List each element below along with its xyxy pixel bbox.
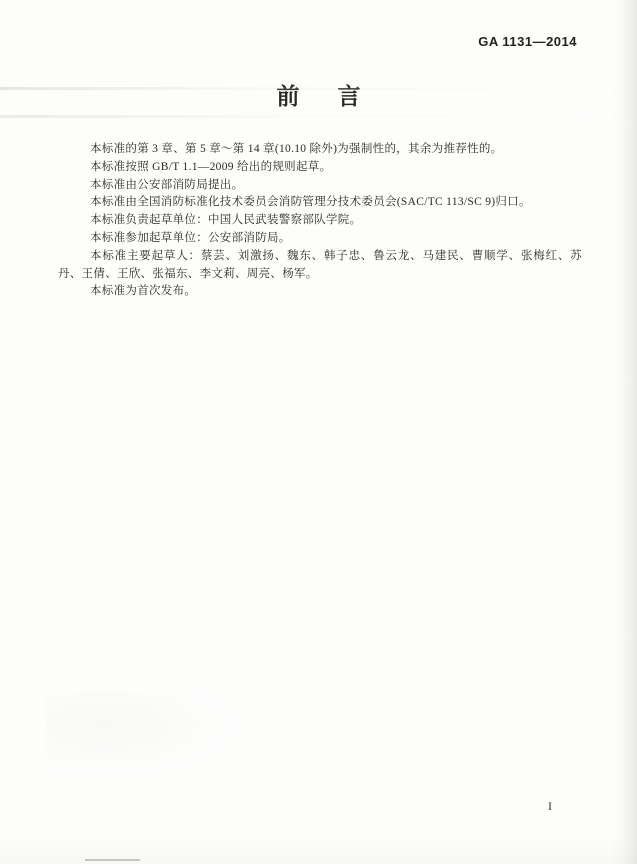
foreword-body: 本标准的第 3 章、第 5 章～第 14 章(10.10 除外)为强制性的，其余… xyxy=(58,141,582,301)
scan-bleed-artifact xyxy=(45,690,245,780)
scan-streak-artifact xyxy=(0,115,637,118)
scan-edge-shadow-artifact xyxy=(623,0,637,864)
paragraph-chief-drafters: 本标准主要起草人：蔡芸、刘激扬、魏东、韩子忠、鲁云龙、马建民、曹顺学、张梅红、苏… xyxy=(58,248,582,284)
page-number: I xyxy=(548,799,552,814)
title-char-2: 言 xyxy=(338,84,361,110)
paragraph-first-issue: 本标准为首次发布。 xyxy=(58,283,582,301)
standard-number-header: GA 1131—2014 xyxy=(0,34,577,49)
scan-edge-line-artifact xyxy=(85,859,140,861)
paragraph-participating-org: 本标准参加起草单位：公安部消防局。 xyxy=(58,230,582,248)
paragraph-compulsory-clauses: 本标准的第 3 章、第 5 章～第 14 章(10.10 除外)为强制性的，其余… xyxy=(58,141,582,159)
paragraph-centralized-by: 本标准由全国消防标准化技术委员会消防管理分技术委员会(SAC/TC 113/SC… xyxy=(58,194,582,212)
paragraph-chief-drafting-org: 本标准负责起草单位：中国人民武装警察部队学院。 xyxy=(58,212,582,230)
paragraph-drafting-rules: 本标准按照 GB/T 1.1—2009 给出的规则起草。 xyxy=(58,159,582,177)
paragraph-proposed-by: 本标准由公安部消防局提出。 xyxy=(58,177,582,195)
page-title: 前 言 xyxy=(0,84,637,110)
title-char-1: 前 xyxy=(277,84,300,110)
scanned-page: GA 1131—2014 前 言 本标准的第 3 章、第 5 章～第 14 章(… xyxy=(0,0,637,864)
